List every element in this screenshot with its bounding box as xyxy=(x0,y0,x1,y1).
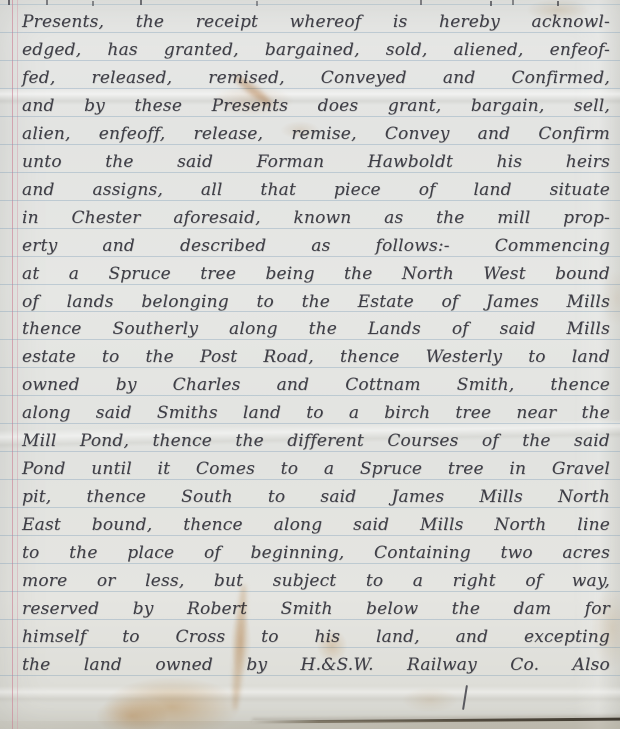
stray-pen-mark xyxy=(462,685,468,710)
handwritten-line: and assigns, all that piece of land situ… xyxy=(22,177,610,205)
ruled-line-row: unto the said Forman Hawboldt his heirs xyxy=(0,145,620,173)
ruled-line-row: East bound, thence along said Mills Nort… xyxy=(0,508,620,536)
handwritten-line: of lands belonging to the Estate of Jame… xyxy=(22,289,610,317)
ruled-line-row: edged, has granted, bargained, sold, ali… xyxy=(0,33,620,61)
handwritten-line: the land owned by H.&S.W. Railway Co. Al… xyxy=(22,652,610,680)
ruled-line-row: pit, thence South to said James Mills No… xyxy=(0,480,620,508)
handwritten-line: at a Spruce tree being the North West bo… xyxy=(22,261,610,289)
ruled-line-row: Presents, the receipt whereof is hereby … xyxy=(0,5,620,33)
ruled-line-row: of lands belonging to the Estate of Jame… xyxy=(0,285,620,313)
handwritten-line: edged, has granted, bargained, sold, ali… xyxy=(22,37,610,65)
handwritten-line: erty and described as follows:- Commenci… xyxy=(22,233,610,261)
ruled-line-row: erty and described as follows:- Commenci… xyxy=(0,229,620,257)
page-bottom-edge xyxy=(252,718,620,723)
ruled-line-row: estate to the Post Road, thence Westerly… xyxy=(0,340,620,368)
ruled-line-row: and by these Presents does grant, bargai… xyxy=(0,89,620,117)
handwriting-lines: Presents, the receipt whereof is hereby … xyxy=(0,5,620,676)
handwritten-line: in Chester aforesaid, known as the mill … xyxy=(22,205,610,233)
ruled-line-row: more or less, but subject to a right of … xyxy=(0,564,620,592)
handwritten-line: and by these Presents does grant, bargai… xyxy=(22,93,610,121)
ruled-line-row: at a Spruce tree being the North West bo… xyxy=(0,257,620,285)
handwritten-line: alien, enfeoff, release, remise, Convey … xyxy=(22,121,610,149)
handwritten-line: along said Smiths land to a birch tree n… xyxy=(22,400,610,428)
ruled-line-row: fed, released, remised, Conveyed and Con… xyxy=(0,61,620,89)
handwritten-line: East bound, thence along said Mills Nort… xyxy=(22,512,610,540)
handwritten-line: unto the said Forman Hawboldt his heirs xyxy=(22,149,610,177)
ruled-line-row: Pond until it Comes to a Spruce tree in … xyxy=(0,452,620,480)
handwritten-line: Mill Pond, thence the different Courses … xyxy=(22,428,610,456)
ruled-line-row: alien, enfeoff, release, remise, Convey … xyxy=(0,117,620,145)
handwritten-line: thence Southerly along the Lands of said… xyxy=(22,316,610,344)
handwritten-line: reserved by Robert Smith below the dam f… xyxy=(22,596,610,624)
handwritten-line: owned by Charles and Cottnam Smith, then… xyxy=(22,372,610,400)
ruled-line-row: Mill Pond, thence the different Courses … xyxy=(0,424,620,452)
handwritten-line: fed, released, remised, Conveyed and Con… xyxy=(22,65,610,93)
ruled-line-row: the land owned by H.&S.W. Railway Co. Al… xyxy=(0,648,620,676)
handwritten-line: estate to the Post Road, thence Westerly… xyxy=(22,344,610,372)
ruled-line-row: and assigns, all that piece of land situ… xyxy=(0,173,620,201)
ruled-line-row: in Chester aforesaid, known as the mill … xyxy=(0,201,620,229)
ruled-line-row: thence Southerly along the Lands of said… xyxy=(0,312,620,340)
ruled-line-row: reserved by Robert Smith below the dam f… xyxy=(0,592,620,620)
ruled-line-row: to the place of beginning, Containing tw… xyxy=(0,536,620,564)
handwritten-line: to the place of beginning, Containing tw… xyxy=(22,540,610,568)
ruled-line-row: owned by Charles and Cottnam Smith, then… xyxy=(0,368,620,396)
handwritten-line: Presents, the receipt whereof is hereby … xyxy=(22,9,610,37)
ruled-line-row: along said Smiths land to a birch tree n… xyxy=(0,396,620,424)
handwritten-line: more or less, but subject to a right of … xyxy=(22,568,610,596)
ruled-line-row: himself to Cross to his land, and except… xyxy=(0,620,620,648)
handwritten-line: pit, thence South to said James Mills No… xyxy=(22,484,610,512)
handwritten-line: himself to Cross to his land, and except… xyxy=(22,624,610,652)
document-page: Presents, the receipt whereof is hereby … xyxy=(0,0,620,729)
handwritten-line: Pond until it Comes to a Spruce tree in … xyxy=(22,456,610,484)
